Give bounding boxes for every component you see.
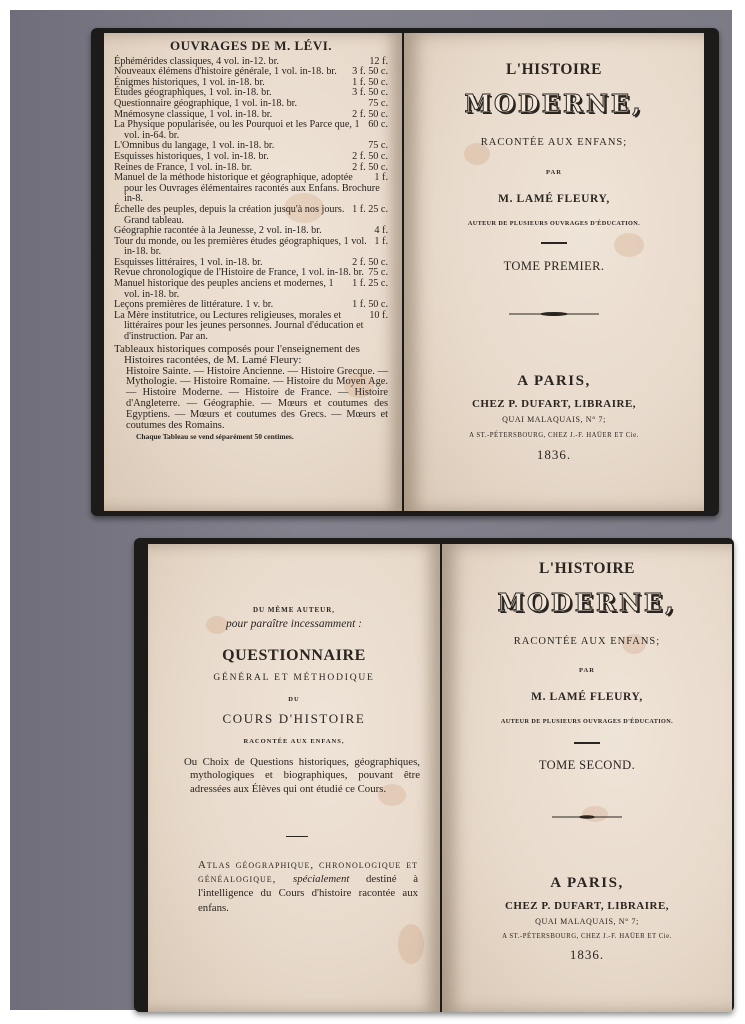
entry-title: Questionnaire géographique, 1 vol. in-18… xyxy=(114,98,297,109)
entry-title: La Mère institutrice, ou Lectures religi… xyxy=(114,310,363,342)
book2-left-page: DU MÊME AUTEUR, pour paraître incessamme… xyxy=(148,544,440,1012)
title-line-2: MODERNE, xyxy=(404,89,704,118)
address: QUAI MALAQUAIS, N° 7; xyxy=(404,415,704,424)
catalogue-title: OUVRAGES DE M. LÉVI. xyxy=(114,41,388,52)
city: A PARIS, xyxy=(404,373,704,390)
subtitle: RACONTÉE AUX ENFANS; xyxy=(442,636,732,647)
entry-price: 1 f. 25 c. xyxy=(348,205,388,216)
entry-title: L'Omnibus du langage, 1 vol. in-18. br. xyxy=(114,140,274,151)
tome-label: TOME PREMIER. xyxy=(404,259,704,274)
entry-price: 1 f. xyxy=(370,237,388,248)
du-label: DU xyxy=(148,696,440,703)
ornament-rule xyxy=(442,814,732,820)
entry-title: Mnémosyne classique, 1 vol. in-18. br. xyxy=(114,109,272,120)
atlas-emphasis: spécialement xyxy=(293,873,349,885)
year: 1836. xyxy=(404,447,704,463)
short-rule xyxy=(286,836,308,837)
entry-price: 75 c. xyxy=(364,99,388,110)
entry-title: Échelle des peuples, depuis la création … xyxy=(114,204,344,226)
author-name: M. LAMÉ FLEURY, xyxy=(442,691,732,703)
entry-title: Reines de France, 1 vol. in-18. br. xyxy=(114,162,252,173)
entry-title: Leçons premières de littérature. 1 v. br… xyxy=(114,299,273,310)
short-rule xyxy=(404,242,704,244)
publisher: CHEZ P. DUFART, LIBRAIRE, xyxy=(442,900,732,912)
book1-title-page: L'HISTOIRE MODERNE, RACONTÉE AUX ENFANS;… xyxy=(404,33,704,511)
entry-title: Géographie racontée à la Jeunesse, 2 vol… xyxy=(114,225,322,236)
ornament-rule xyxy=(404,311,704,317)
catalogue-entry: 10 f.La Mère institutrice, ou Lectures r… xyxy=(114,311,388,343)
publisher: CHEZ P. DUFART, LIBRAIRE, xyxy=(404,398,704,410)
catalogue-entry: 1 f. 25 c.Manuel historique des peuples … xyxy=(114,279,388,300)
entry-title: Manuel de la méthode historique et géogr… xyxy=(114,172,380,204)
par-label: PAR xyxy=(404,169,704,176)
book2-title-page: L'HISTOIRE MODERNE, RACONTÉE AUX ENFANS;… xyxy=(442,544,732,1012)
catalogue-entry: 1 f.Tour du monde, ou les premières étud… xyxy=(114,237,388,258)
questionnaire-subtitle: GÉNÉRAL ET MÉTHODIQUE xyxy=(148,673,440,683)
entry-title: Éphémérides classiques, 4 vol. in-12. br… xyxy=(114,56,279,67)
du-meme-auteur: DU MÊME AUTEUR, xyxy=(148,606,440,614)
entry-title: Tour du monde, ou les premières études g… xyxy=(114,236,367,258)
entry-title: Revue chronologique de l'Histoire de Fra… xyxy=(114,267,364,278)
entry-title: La Physique popularisée, ou les Pourquoi… xyxy=(114,119,360,141)
year: 1836. xyxy=(442,947,732,963)
st-petersbourg-line: A ST.-PÉTERSBOURG, CHEZ J.-F. HAÜER ET C… xyxy=(404,432,704,439)
book1-left-page: OUVRAGES DE M. LÉVI. 12 f.Éphémérides cl… xyxy=(104,33,402,511)
entry-title: Esquisses historiques, 1 vol. in-18. br. xyxy=(114,151,269,162)
catalogue: OUVRAGES DE M. LÉVI. 12 f.Éphémérides cl… xyxy=(114,41,388,443)
questionnaire-title: QUESTIONNAIRE xyxy=(148,647,440,665)
catalogue-entries: 12 f.Éphémérides classiques, 4 vol. in-1… xyxy=(114,57,388,343)
entry-price: 10 f. xyxy=(365,311,388,322)
entry-title: Manuel historique des peuples anciens et… xyxy=(114,278,334,300)
catalogue-entry: 1 f.Manuel de la méthode historique et g… xyxy=(114,173,388,205)
entry-price: 1 f. 25 c. xyxy=(348,279,388,290)
author-description: AUTEUR DE PLUSIEURS OUVRAGES D'ÉDUCATION… xyxy=(442,718,732,725)
entry-price: 60 c. xyxy=(364,120,388,131)
racontee-label: RACONTÉE AUX ENFANS, xyxy=(148,738,440,745)
pour-paraitre: pour paraître incessamment : xyxy=(148,618,440,630)
tableaux-note: Chaque Tableau se vend séparément 50 cen… xyxy=(114,432,388,443)
subtitle: RACONTÉE AUX ENFANS; xyxy=(404,137,704,148)
cours-title: COURS D'HISTOIRE xyxy=(148,711,440,727)
title-line-1: L'HISTOIRE xyxy=(404,61,704,79)
par-label: PAR xyxy=(442,667,732,674)
tome-label: TOME SECOND. xyxy=(442,758,732,773)
author-description: AUTEUR DE PLUSIEURS OUVRAGES D'ÉDUCATION… xyxy=(404,220,704,227)
tableaux-heading: Tableaux historiques composés pour l'ens… xyxy=(114,344,388,367)
title-line-2: MODERNE, xyxy=(442,588,732,617)
city: A PARIS, xyxy=(442,875,732,892)
catalogue-entry: 60 c.La Physique popularisée, ou les Pou… xyxy=(114,120,388,141)
short-rule xyxy=(442,742,732,744)
entry-title: Esquisses littéraires, 1 vol. in-18. br. xyxy=(114,257,263,268)
questionnaire-description: Ou Choix de Questions historiques, géogr… xyxy=(184,756,420,796)
entry-title: Nouveaux élémens d'histoire générale, 1 … xyxy=(114,66,337,77)
entry-title: Études géographiques, 1 vol. in-18. br. xyxy=(114,87,272,98)
catalogue-entry: 1 f. 25 c.Échelle des peuples, depuis la… xyxy=(114,205,388,226)
st-petersbourg-line: A ST.-PÉTERSBOURG, CHEZ J.-F. HAÜER ET C… xyxy=(442,933,732,940)
atlas-paragraph: Atlas géographique, chronologique et gén… xyxy=(198,858,418,915)
author-name: M. LAMÉ FLEURY, xyxy=(404,193,704,205)
tableaux-list: Histoire Sainte. — Histoire Ancienne. — … xyxy=(114,367,388,432)
address: QUAI MALAQUAIS, N° 7; xyxy=(442,917,732,926)
entry-price: 2 f. 50 c. xyxy=(348,152,388,163)
title-line-1: L'HISTOIRE xyxy=(442,560,732,578)
